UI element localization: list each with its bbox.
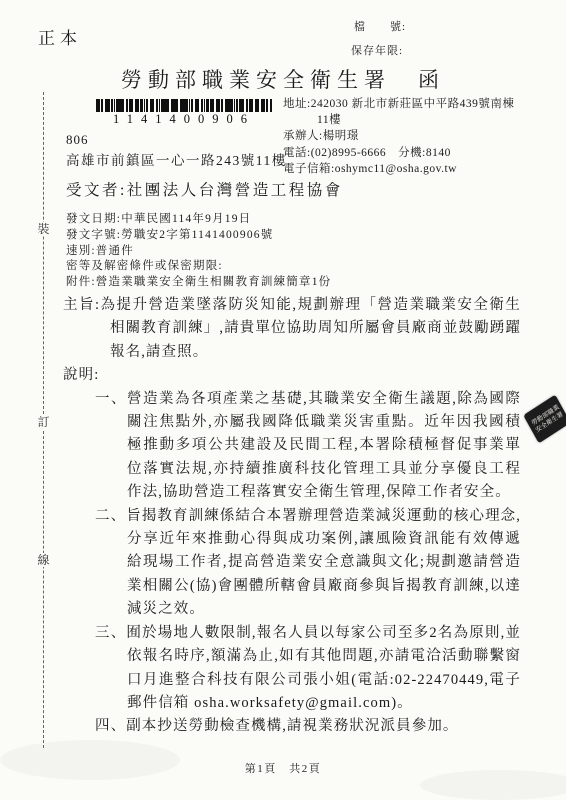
official-letter-page: 正本 檔 號: 保存年限: 勞動部職業安全衛生署 函 裝 訂 線 1141400… bbox=[0, 0, 566, 800]
recipient-name-line: 受文者:社團法人台灣營造工程協會 bbox=[66, 178, 343, 200]
agency-contact-block: 地址:242030 新北市新莊區中平路439號南棟 11樓 承辦人:楊明璟 電話… bbox=[283, 96, 514, 177]
agency-phone: 電話:(02)8995-6666 分機:8140 bbox=[283, 145, 514, 161]
recipient-address: 高雄市前鎮區一心一路243號11樓 bbox=[66, 149, 287, 169]
binding-mark-xian: 線 bbox=[36, 553, 51, 567]
explanation-item-1: 一、營造業為各項產業之基礎,其職業安全衛生議題,除為國際關注焦點外,亦屬我國降低… bbox=[63, 388, 521, 505]
agency-address-line2: 11樓 bbox=[283, 112, 514, 128]
explanation-item-2: 二、旨揭教育訓練係結合本署辦理營造業減災運動的核心理念,分享近年來推動心得與成功… bbox=[63, 505, 521, 622]
delivery-speed: 速別:普通件 bbox=[66, 244, 331, 260]
issue-number: 發文字號:勞職安2字第1141400906號 bbox=[66, 228, 331, 244]
binding-mark-zhuang: 裝 bbox=[36, 222, 51, 236]
issue-date: 發文日期:中華民國114年9月19日 bbox=[66, 212, 331, 228]
explanation-item-4: 四、副本抄送勞動檢查機構,請視業務狀況派員參加。 bbox=[63, 715, 521, 738]
item-text: 旨揭教育訓練係結合本署辦理營造業減災運動的核心理念,分享近年來推動心得與成功案例… bbox=[126, 508, 521, 618]
agency-address-line1: 地址:242030 新北市新莊區中平路439號南棟 bbox=[283, 96, 514, 112]
explanation-label: 說明: bbox=[63, 364, 521, 387]
subject-text: 為提升營造業墜落防災知能,規劃辦理「營造業職業安全衛生相關教育訓練」,請貴單位協… bbox=[100, 297, 521, 360]
official-seal-stamp: 勞動部職業 安全衛生署 bbox=[523, 395, 566, 444]
copy-type-label: 正本 bbox=[38, 24, 82, 49]
subject-label: 主旨: bbox=[63, 297, 100, 313]
binding-mark-ding: 訂 bbox=[36, 415, 51, 429]
item-number: 四、 bbox=[95, 718, 126, 734]
page-number-footer: 第1頁 共2頁 bbox=[0, 760, 566, 776]
letter-body: 主旨:為提升營造業墜落防災知能,規劃辦理「營造業職業安全衛生相關教育訓練」,請貴… bbox=[63, 294, 521, 739]
explanation-item-3: 三、囿於場地人數限制,報名人員以每家公司至多2名為原則,並依報名時序,額滿為止,… bbox=[63, 622, 521, 716]
security-classification: 密等及解密條件或保密期限: bbox=[66, 259, 331, 275]
agency-email: 電子信箱:oshymc11@osha.gov.tw bbox=[283, 161, 514, 177]
item-text: 囿於場地人數限制,報名人員以每家公司至多2名為原則,並依報名時序,額滿為止,如有… bbox=[126, 625, 521, 711]
item-number: 二、 bbox=[95, 508, 126, 524]
subject-paragraph: 主旨:為提升營造業墜落防災知能,規劃辦理「營造業職業安全衛生相關教育訓練」,請貴… bbox=[63, 294, 521, 364]
agency-contact-person: 承辦人:楊明璟 bbox=[283, 128, 514, 144]
item-number: 三、 bbox=[95, 625, 126, 641]
recipient-postal-code: 806 bbox=[66, 132, 89, 148]
item-text: 營造業為各項產業之基礎,其職業安全衛生議題,除為國際關注焦點外,亦屬我國降低職業… bbox=[127, 391, 521, 501]
document-meta-block: 發文日期:中華民國114年9月19日 發文字號:勞職安2字第1141400906… bbox=[66, 212, 331, 291]
barcode-icon bbox=[96, 99, 272, 112]
item-text: 副本抄送勞動檢查機構,請視業務狀況派員參加。 bbox=[126, 718, 458, 734]
barcode-number: 1141400906 bbox=[96, 112, 272, 127]
attachment-note: 附件:營造業職業安全衛生相關教育訓練簡章1份 bbox=[66, 275, 331, 291]
item-number: 一、 bbox=[95, 391, 127, 407]
document-title: 勞動部職業安全衛生署 函 bbox=[0, 64, 566, 94]
file-number-label: 檔 號: bbox=[354, 18, 406, 34]
retention-period-label: 保存年限: bbox=[351, 42, 403, 58]
